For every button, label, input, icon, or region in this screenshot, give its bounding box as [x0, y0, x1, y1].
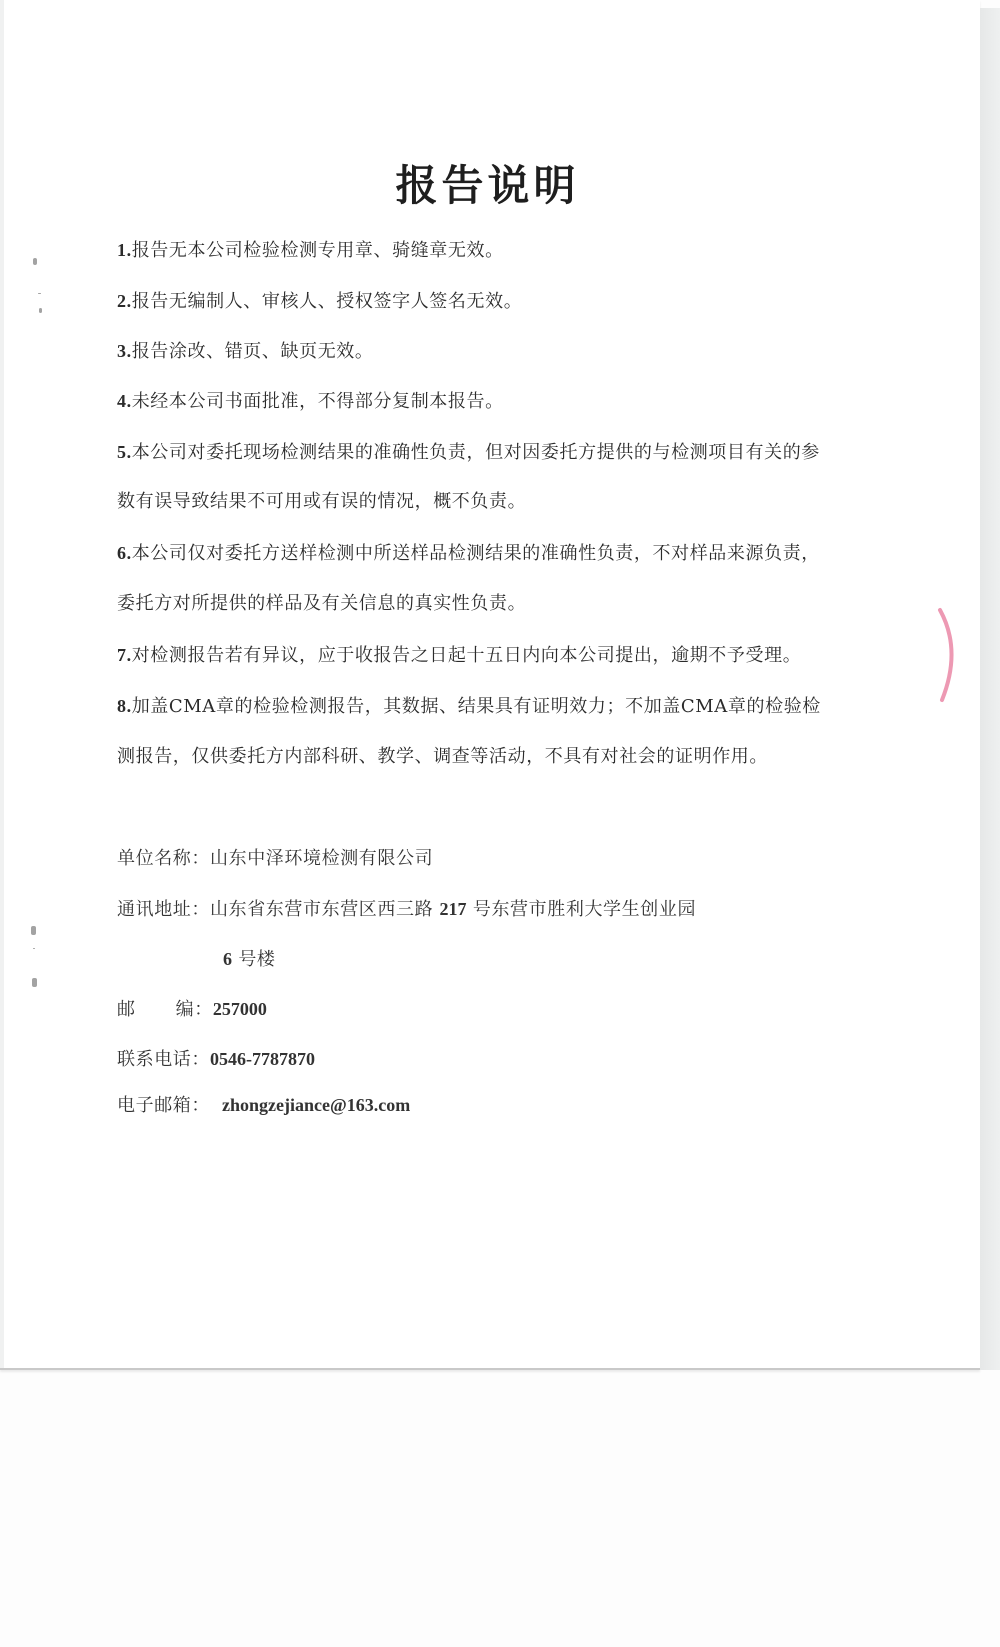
phone-label: 联系电话：	[117, 1049, 210, 1070]
clause-text: 本公司对委托现场检测结果的准确性负责，但对因委托方提供的与检测项目有关的参	[132, 442, 820, 463]
phone-row: 联系电话：0546-7787870	[117, 1047, 315, 1072]
scan-mark	[31, 926, 36, 935]
address-label: 通讯地址：	[117, 899, 210, 920]
email-label: 电子邮箱：	[117, 1095, 210, 1116]
clause-text: 加盖CMA章的检验检测报告，其数据、结果具有证明效力；不加盖CMA章的检验检	[132, 696, 821, 717]
company-name-row: 单位名称：山东中泽环境检测有限公司	[117, 847, 433, 871]
clause-number: 3.	[117, 341, 132, 361]
clause-5-continued: 数有误导致结果不可用或有误的情况，概不负责。	[117, 490, 526, 514]
clause-1: 1.报告无本公司检验检测专用章、骑缝章无效。	[117, 238, 504, 263]
scan-mark	[38, 293, 41, 294]
postcode-label-end: 编：	[176, 999, 213, 1020]
clause-text: 对检测报告若有异议，应于收报告之日起十五日内向本公司提出，逾期不予受理。	[132, 645, 802, 666]
phone-value: 0546-7787870	[210, 1049, 315, 1069]
scan-mark	[32, 978, 37, 987]
clause-number: 7.	[117, 645, 132, 665]
scan-mark	[33, 258, 37, 265]
clause-8-continued: 测报告，仅供委托方内部科研、教学、调查等活动，不具有对社会的证明作用。	[117, 745, 768, 769]
clause-number: 8.	[117, 696, 132, 716]
scanned-page: 报告说明 1.报告无本公司检验检测专用章、骑缝章无效。 2.报告无编制人、审核人…	[0, 0, 980, 1370]
clause-number: 2.	[117, 291, 132, 311]
address-row-2: 6 号楼	[223, 947, 276, 972]
clause-text: 报告涂改、错页、缺页无效。	[132, 341, 374, 362]
clause-text: 报告无本公司检验检测专用章、骑缝章无效。	[132, 240, 504, 261]
clause-number: 1.	[117, 240, 132, 260]
clause-7: 7.对检测报告若有异议，应于收报告之日起十五日内向本公司提出，逾期不予受理。	[117, 643, 801, 668]
postcode-row: 邮编：257000	[117, 997, 267, 1022]
clause-3: 3.报告涂改、错页、缺页无效。	[117, 339, 374, 364]
postcode-value: 257000	[213, 999, 267, 1019]
clause-text: 数有误导致结果不可用或有误的情况，概不负责。	[117, 491, 526, 512]
address-row: 通讯地址：山东省东营市东营区西三路 217 号东营市胜利大学生创业园	[117, 897, 696, 922]
clause-number: 5.	[117, 442, 132, 462]
clause-6: 6.本公司仅对委托方送样检测中所送样品检测结果的准确性负责，不对样品来源负责，	[117, 541, 820, 566]
building-number: 6	[223, 949, 232, 969]
seal-stamp-partial	[880, 600, 960, 710]
clause-text: 委托方对所提供的样品及有关信息的真实性负责。	[117, 593, 526, 614]
postcode-label-start: 邮	[117, 999, 136, 1020]
clause-8: 8.加盖CMA章的检验检测报告，其数据、结果具有证明效力；不加盖CMA章的检验检	[117, 694, 821, 719]
address-part1: 山东省东营市东营区西三路	[210, 899, 433, 920]
page-right-edge	[980, 8, 1000, 1370]
clause-text: 未经本公司书面批准，不得部分复制本报告。	[132, 391, 504, 412]
clause-number: 4.	[117, 391, 132, 411]
scan-mark	[33, 948, 35, 949]
address-number: 217	[440, 899, 467, 919]
email-row: 电子邮箱：zhongzejiance@163.com	[117, 1093, 410, 1118]
clause-text: 本公司仅对委托方送样检测中所送样品检测结果的准确性负责，不对样品来源负责，	[132, 543, 820, 564]
clause-5: 5.本公司对委托现场检测结果的准确性负责，但对因委托方提供的与检测项目有关的参	[117, 440, 820, 465]
clause-6-continued: 委托方对所提供的样品及有关信息的真实性负责。	[117, 592, 526, 616]
clause-2: 2.报告无编制人、审核人、授权签字人签名无效。	[117, 289, 522, 314]
company-value: 山东中泽环境检测有限公司	[210, 848, 433, 869]
address-part2: 号东营市胜利大学生创业园	[473, 899, 696, 920]
building-text: 号楼	[238, 949, 275, 970]
clause-text: 测报告，仅供委托方内部科研、教学、调查等活动，不具有对社会的证明作用。	[117, 746, 768, 767]
scan-mark	[39, 308, 42, 313]
page-title: 报告说明	[0, 153, 975, 213]
clause-number: 6.	[117, 543, 132, 563]
email-value: zhongzejiance@163.com	[222, 1095, 410, 1115]
company-label: 单位名称：	[117, 848, 210, 869]
clause-text: 报告无编制人、审核人、授权签字人签名无效。	[132, 291, 523, 312]
clause-4: 4.未经本公司书面批准，不得部分复制本报告。	[117, 389, 504, 414]
